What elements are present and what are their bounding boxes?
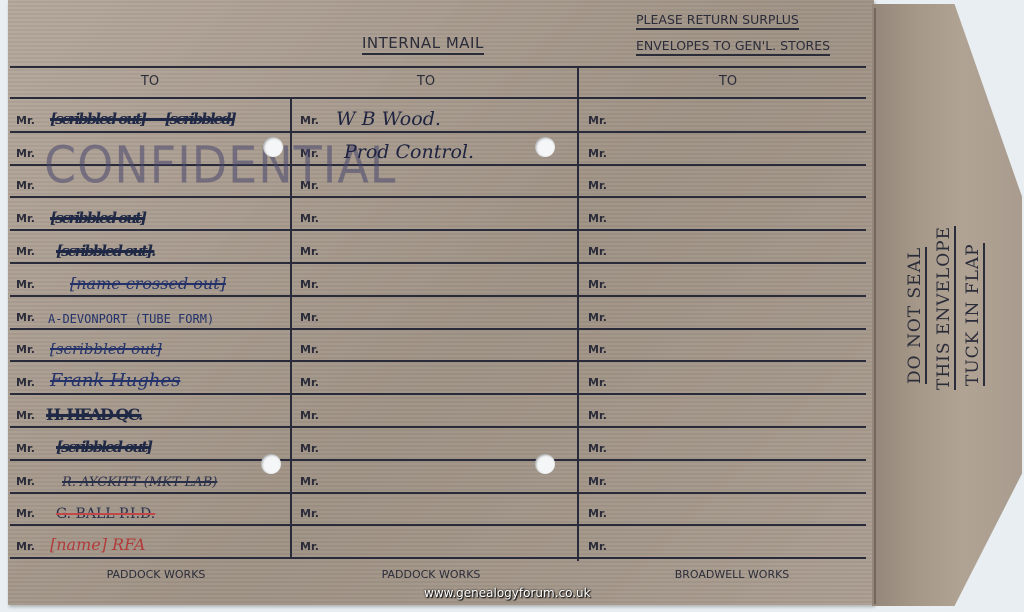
mr-label-col3: Mr. [588, 147, 607, 160]
col1-entry-6: [name crossed out] [70, 274, 226, 293]
row-rule [579, 426, 866, 428]
row-rule [579, 164, 866, 166]
row-rule [579, 229, 866, 231]
punch-hole [261, 454, 281, 474]
row-rule [579, 557, 866, 559]
mr-label-col3: Mr. [588, 311, 607, 324]
row-rule [292, 459, 577, 461]
table-top-border [10, 66, 866, 68]
row-rule [579, 459, 866, 461]
row-rule [292, 196, 577, 198]
row-rule [10, 393, 290, 395]
mr-label-col1: Mr. [16, 114, 35, 127]
mr-label-col3: Mr. [588, 212, 607, 225]
col1-entry-14: [name] RFA [50, 535, 145, 554]
mr-label-col3: Mr. [588, 442, 607, 455]
flap-text-line-1: DO NOT SEAL [905, 247, 927, 384]
col1-entry-5: [scribbled out]. [56, 242, 154, 260]
row-rule [292, 328, 577, 330]
column-heading-2: TO [386, 74, 466, 89]
row-rule [579, 393, 866, 395]
row-rule [579, 524, 866, 526]
col1-entry-4: [scribbled out] [50, 209, 145, 227]
row-rule [579, 131, 866, 133]
column-divider-2 [577, 66, 579, 561]
header-row-border [10, 97, 866, 99]
row-rule [579, 295, 866, 297]
col2-entry-1: W B Wood. [336, 108, 441, 130]
mr-label-col1: Mr. [16, 507, 35, 520]
mr-label-col3: Mr. [588, 179, 607, 192]
mr-label-col3: Mr. [588, 245, 607, 258]
mr-label-col3: Mr. [588, 114, 607, 127]
row-rule [10, 426, 290, 428]
flap-text-line-2: THIS ENVELOPE [934, 226, 956, 390]
flap-text-line-3: TUCK IN FLAP [963, 243, 985, 386]
mr-label-col1: Mr. [16, 343, 35, 356]
row-rule [292, 131, 577, 133]
mr-label-col1: Mr. [16, 179, 35, 192]
mr-label-col1: Mr. [16, 212, 35, 225]
column-footer-3: BROADWELL WORKS [632, 568, 832, 581]
mr-label-col1: Mr. [16, 475, 35, 488]
mr-label-col3: Mr. [588, 409, 607, 422]
watermark: www.genealogyforum.co.uk [424, 586, 591, 600]
mr-label-col3: Mr. [588, 475, 607, 488]
row-rule [292, 492, 577, 494]
row-rule [579, 360, 866, 362]
row-rule [579, 196, 866, 198]
mr-label-col3: Mr. [588, 540, 607, 553]
column-footer-1: PADDOCK WORKS [56, 568, 256, 581]
flap-fold-line [874, 8, 876, 604]
mr-label-col2: Mr. [300, 475, 319, 488]
mr-label-col1: Mr. [16, 147, 35, 160]
mr-label-col3: Mr. [588, 343, 607, 356]
row-rule [10, 328, 290, 330]
col1-entry-12: R. AYCKITT (MKT LAB) [62, 475, 217, 490]
mr-label-col2: Mr. [300, 507, 319, 520]
row-rule [10, 557, 290, 559]
mr-label-col3: Mr. [588, 507, 607, 520]
mr-label-col2: Mr. [300, 442, 319, 455]
mr-label-col2: Mr. [300, 114, 319, 127]
row-rule [10, 262, 290, 264]
row-rule [579, 328, 866, 330]
mr-label-col1: Mr. [16, 376, 35, 389]
mr-label-col2: Mr. [300, 245, 319, 258]
col1-entry-11: [scribbled out] [56, 438, 151, 456]
mr-label-col1: Mr. [16, 409, 35, 422]
row-rule [579, 262, 866, 264]
punch-hole [263, 137, 283, 157]
row-rule [292, 229, 577, 231]
col1-entry-13: G. BALL P.I.D. [56, 506, 155, 522]
column-heading-1: TO [110, 74, 190, 89]
col1-entry-8: [scribbled out] [50, 340, 162, 358]
mr-label-col3: Mr. [588, 376, 607, 389]
column-footer-2: PADDOCK WORKS [331, 568, 531, 581]
row-rule [292, 426, 577, 428]
mr-label-col2: Mr. [300, 278, 319, 291]
row-rule [10, 131, 290, 133]
punch-hole [535, 454, 555, 474]
return-notice-line-2: ENVELOPES TO GEN'L. STORES [636, 38, 830, 56]
mr-label-col3: Mr. [588, 278, 607, 291]
mr-label-col1: Mr. [16, 442, 35, 455]
col1-entry-1: [scribbled out] — [scribbled] [50, 110, 235, 128]
row-rule [292, 524, 577, 526]
col1-entry-7: A-DEVONPORT (TUBE FORM) [48, 312, 214, 326]
return-notice-line-1: PLEASE RETURN SURPLUS [636, 12, 799, 30]
row-rule [10, 524, 290, 526]
mr-label-col2: Mr. [300, 376, 319, 389]
row-rule [10, 360, 290, 362]
row-rule [10, 459, 290, 461]
column-heading-3: TO [688, 74, 768, 89]
mr-label-col1: Mr. [16, 245, 35, 258]
mr-label-col2: Mr. [300, 540, 319, 553]
row-rule [292, 393, 577, 395]
col2-entry-2: Prod Control. [344, 141, 474, 163]
mr-label-col2: Mr. [300, 409, 319, 422]
col1-entry-10: H. HEAD QC. [46, 405, 141, 424]
row-rule [292, 360, 577, 362]
col1-entry-9: Frank Hughes [50, 370, 180, 391]
mr-label-col1: Mr. [16, 311, 35, 324]
mr-label-col1: Mr. [16, 540, 35, 553]
row-rule [10, 295, 290, 297]
envelope-title: INTERNAL MAIL [362, 34, 484, 55]
row-rule [10, 196, 290, 198]
mr-label-col2: Mr. [300, 212, 319, 225]
row-rule [10, 229, 290, 231]
punch-hole [535, 137, 555, 157]
row-rule [292, 295, 577, 297]
mr-label-col1: Mr. [16, 278, 35, 291]
row-rule [10, 492, 290, 494]
mr-label-col2: Mr. [300, 343, 319, 356]
row-rule [579, 492, 866, 494]
row-rule [292, 262, 577, 264]
mr-label-col2: Mr. [300, 311, 319, 324]
row-rule [292, 557, 577, 559]
